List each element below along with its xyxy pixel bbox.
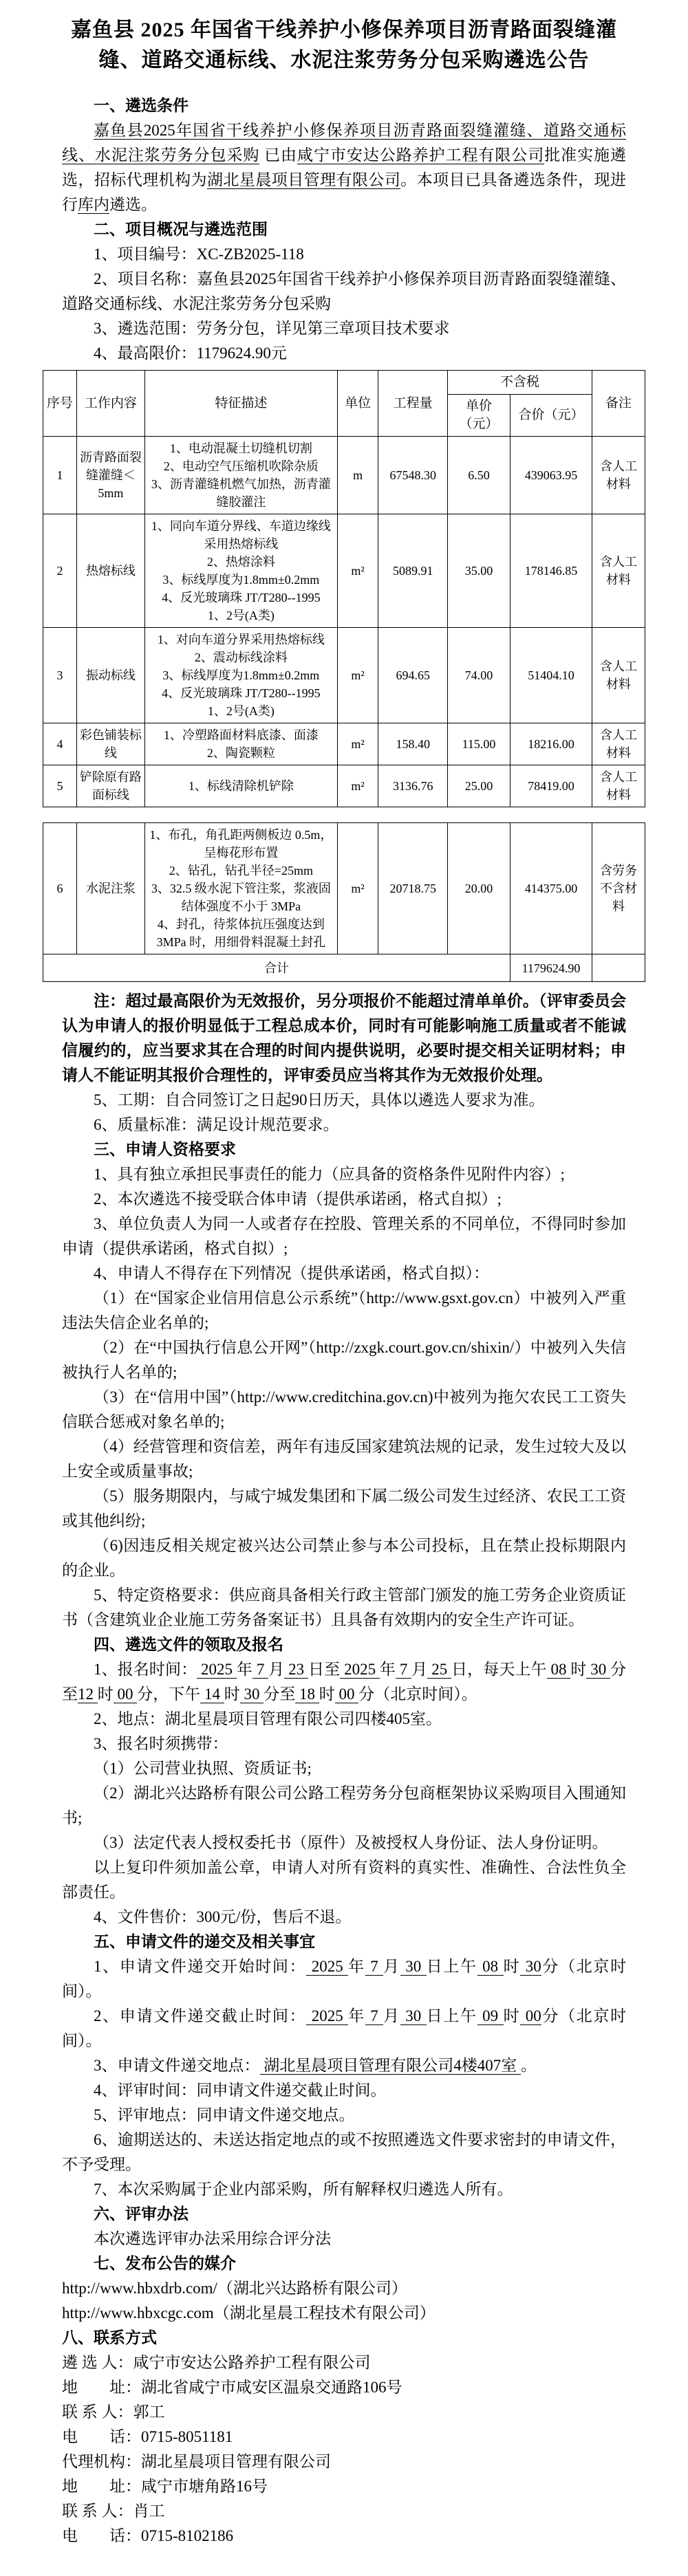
- qualification-item: 4、申请人不得存在下列情况（提供承诺函，格式自拟）：: [62, 1261, 626, 1286]
- cell-unit-price: 35.00: [448, 514, 510, 628]
- contact-line: 电 话：0715-8051181: [62, 2425, 626, 2449]
- price-table-part2: 6 水泥注浆 1、布孔，角孔距两侧板边 0.5m，呈梅花形布置2、钻孔，钻孔半径…: [43, 822, 645, 982]
- qualification-item: 1、具有独立承担民事责任的能力（应具备的资格条件见附件内容）;: [62, 1162, 626, 1187]
- contact-line: 地 址：湖北省咸宁市咸安区温泉交通路106号: [62, 2375, 626, 2400]
- project-name: 2、项目名称：嘉鱼县2025年国省干线养护小修保养项目沥青路面裂缝灌缝、道路交通…: [62, 267, 626, 316]
- contact-label: 电 话：: [62, 2527, 141, 2544]
- cell-work: 热熔标线: [77, 514, 145, 628]
- table-row: 3 振动标线 1、对向车道分界采用热熔标线2、震动标线涂料3、标线厚度为1.8m…: [43, 628, 645, 723]
- cell-work: 振动标线: [77, 628, 145, 723]
- cell-feature: 1、对向车道分界采用热熔标线2、震动标线涂料3、标线厚度为1.8mm±0.2mm…: [144, 628, 337, 723]
- contact-label: 联 系 人：: [62, 2403, 133, 2421]
- section-2-heading: 二、项目概况与遴选范围: [62, 217, 626, 242]
- contact-value: 湖北省咸宁市咸安区温泉交通路106号: [141, 2379, 402, 2396]
- cell-qty: 158.40: [378, 723, 448, 765]
- cell-qty: 694.65: [378, 628, 448, 723]
- cell-unit: m: [337, 437, 378, 514]
- header-qty: 工程量: [378, 371, 448, 437]
- cell-no: 3: [43, 628, 77, 723]
- copy-stamp-note: 以上复印件须加盖公章，申请人对所有资料的真实性、准确性、合法性负全部责任。: [62, 1855, 626, 1905]
- section-4-heading: 四、遴选文件的领取及报名: [62, 1633, 626, 1657]
- cell-no: 5: [43, 765, 77, 807]
- header-unit-price: 单价（元）: [448, 395, 510, 437]
- cell-feature: 1、冷塑路面材料底漆、面漆2、陶瓷颗粒: [144, 723, 337, 765]
- cell-no: 6: [43, 823, 77, 954]
- cell-unit: m²: [337, 514, 378, 628]
- document-body-2: 注：超过最高限价为无效报价，另分项报价不能超过清单单价。（评审委员会认为申请人的…: [43, 989, 645, 2548]
- contact-section: 八、联系方式 遴 选 人：咸宁市安达公路养护工程有限公司 地 址：湖北省咸宁市咸…: [62, 2326, 626, 2548]
- contact-value: 0715-8051181: [141, 2428, 233, 2445]
- contact-value: 郭工: [133, 2403, 165, 2421]
- cell-remark: 含人工材料: [592, 723, 645, 765]
- section-8-heading: 八、联系方式: [62, 2326, 626, 2350]
- cell-feature: 1、标线清除机铲除: [144, 765, 337, 807]
- header-remark: 备注: [592, 371, 645, 437]
- review-method: 本次遴选评审办法采用综合评分法: [62, 2227, 626, 2251]
- table-row: 4 彩色铺装标线 1、冷塑路面材料底漆、面漆2、陶瓷颗粒 m² 158.40 1…: [43, 723, 645, 765]
- contact-line: 联 系 人：郭工: [62, 2400, 626, 2425]
- qualification-item: 2、本次遴选不接受联合体申请（提供承诺函，格式自拟）;: [62, 1187, 626, 1212]
- cell-total-price: 439063.95: [510, 437, 592, 514]
- qualification-item: 3、单位负责人为同一人或者存在控股、管理关系的不同单位，不得同时参加申请（提供承…: [62, 1212, 626, 1261]
- cell-work: 彩色铺装标线: [77, 723, 145, 765]
- document-body: 一、遴选条件 嘉鱼县2025年国省干线养护小修保养项目沥青路面裂缝灌缝、道路交通…: [43, 94, 645, 366]
- header-work: 工作内容: [77, 371, 145, 437]
- table-row: 1 沥青路面裂缝灌缝＜5mm 1、电动混凝土切缝机切割2、电动空气压缩机吹除杂质…: [43, 437, 645, 514]
- signup-bring-item: 3、报名时须携带：: [62, 1732, 626, 1756]
- table-total-row: 合计 1179624.90: [43, 954, 645, 982]
- qualification-subitem: （4）经营管理和资信差，两年有违反国家建筑法规的记录，发生过较大及以上安全或质量…: [62, 1434, 626, 1484]
- cell-work: 沥青路面裂缝灌缝＜5mm: [77, 437, 145, 514]
- cell-unit: m²: [337, 823, 378, 954]
- section-3-heading: 三、申请人资格要求: [62, 1137, 626, 1162]
- section-1-paragraph: 嘉鱼县2025年国省干线养护小修保养项目沥青路面裂缝灌缝、道路交通标线、水泥注浆…: [62, 118, 626, 217]
- header-feature: 特征描述: [144, 371, 337, 437]
- total-label: 合计: [43, 954, 510, 982]
- cell-total-price: 414375.00: [510, 823, 592, 954]
- cell-total-price: 78419.00: [510, 765, 592, 807]
- cell-unit: m²: [337, 765, 378, 807]
- cell-total-price: 178146.85: [510, 514, 592, 628]
- table-row: 6 水泥注浆 1、布孔，角孔距两侧板边 0.5m，呈梅花形布置2、钻孔，钻孔半径…: [43, 823, 645, 954]
- late-delivery-item: 6、逾期送达的、未送达指定地点的或不按照遴选文件要求密封的申请文件，不予受理。: [62, 2128, 626, 2177]
- submit-start-item: 1、申请文件递交开始时间： 2025 年 7 月 30 日上午 08 时 30分…: [62, 1954, 626, 2004]
- contact-label: 电 话：: [62, 2428, 141, 2445]
- header-no: 序号: [43, 371, 77, 437]
- cell-remark: 含人工材料: [592, 628, 645, 723]
- section-5-heading: 五、申请文件的递交及相关事宜: [62, 1930, 626, 1954]
- cell-work: 水泥注浆: [77, 823, 145, 954]
- qualification-subitem: （2）在“中国执行信息公开网”（http://zxgk.court.gov.cn…: [62, 1335, 626, 1385]
- contact-value: 肖工: [133, 2502, 165, 2520]
- contact-label: 代理机构：: [62, 2453, 141, 2470]
- header-unit: 单位: [337, 371, 378, 437]
- total-remark-empty: [592, 954, 645, 982]
- signup-subitem: （3）法定代表人授权委托书（原件）及被授权人身份证、法人身份证明。: [62, 1831, 626, 1855]
- cell-work: 铲除原有路面标线: [77, 765, 145, 807]
- announcement-url: http://www.hbxdrb.com/（湖北兴达路桥有限公司）: [62, 2276, 626, 2301]
- qualification-item: 5、特定资格要求：供应商具备相关行政主管部门颁发的施工劳务企业资质证书（含建筑业…: [62, 1583, 626, 1633]
- contact-value: 湖北星晨项目管理有限公司: [141, 2453, 331, 2470]
- page-break-gap: [43, 807, 645, 818]
- section-6-heading: 六、评审办法: [62, 2202, 626, 2227]
- table-row: 2 热熔标线 1、同向车道分界线、车道边缘线采用热熔标线2、热熔涂料3、标线厚度…: [43, 514, 645, 628]
- qualification-subitem: （5）服务期限内，与咸宁城发集团和下属二级公司发生过经济、农民工工资或其他纠纷;: [62, 1484, 626, 1533]
- header-tax-free: 不含税: [448, 371, 592, 395]
- cell-no: 1: [43, 437, 77, 514]
- contact-line: 代理机构：湖北星晨项目管理有限公司: [62, 2449, 626, 2474]
- cell-remark: 含人工材料: [592, 765, 645, 807]
- cell-qty: 20718.75: [378, 823, 448, 954]
- cell-no: 4: [43, 723, 77, 765]
- cell-qty: 3136.76: [378, 765, 448, 807]
- max-price: 4、最高限价：1179624.90元: [62, 341, 626, 366]
- cell-unit-price: 6.50: [448, 437, 510, 514]
- cell-unit-price: 20.00: [448, 823, 510, 954]
- cell-feature: 1、布孔，角孔距两侧板边 0.5m，呈梅花形布置2、钻孔，钻孔半径=25mm3、…: [144, 823, 337, 954]
- price-table-part1: 序号 工作内容 特征描述 单位 工程量 不含税 备注 单价（元） 合价（元） 1…: [43, 370, 645, 807]
- project-number: 1、项目编号：XC-ZB2025-118: [62, 242, 626, 267]
- cell-feature: 1、同向车道分界线、车道边缘线采用热熔标线2、热熔涂料3、标线厚度为1.8mm±…: [144, 514, 337, 628]
- contact-line: 地 址：咸宁市塘角路16号: [62, 2474, 626, 2499]
- quality-item: 6、质量标准：满足设计规范要求。: [62, 1113, 626, 1137]
- qualification-subitem: （6)因违反相关规定被兴达公司禁止参与本公司投标，且在禁止投标期限内的企业。: [62, 1533, 626, 1583]
- contact-value: 0715-8102186: [141, 2527, 233, 2544]
- section-1-heading: 一、遴选条件: [62, 94, 626, 118]
- cell-qty: 5089.91: [378, 514, 448, 628]
- contact-line: 电 话：0715-8102186: [62, 2524, 626, 2548]
- signup-subitem: （1）公司营业执照、资质证书;: [62, 1756, 626, 1781]
- cell-remark: 含劳务不含材料: [592, 823, 645, 954]
- document-page: 嘉鱼县 2025 年国省干线养护小修保养项目沥青路面裂缝灌缝、道路交通标线、水泥…: [0, 0, 688, 2576]
- cell-qty: 67548.30: [378, 437, 448, 514]
- header-total-price: 合价（元）: [510, 395, 592, 437]
- contact-line: 联 系 人：肖工: [62, 2499, 626, 2524]
- cell-unit-price: 74.00: [448, 628, 510, 723]
- contact-label: 地 址：: [62, 2478, 141, 2495]
- contact-label: 地 址：: [62, 2379, 141, 2396]
- document-price-item: 4、文件售价：300元/份，售后不退。: [62, 1905, 626, 1930]
- internal-purchase-item: 7、本次采购属于企业内部采购，所有解释权归遴选人所有。: [62, 2177, 626, 2202]
- signup-place-item: 2、地点：湖北星晨项目管理有限公司四楼405室。: [62, 1707, 626, 1732]
- note-paragraph: 注：超过最高限价为无效报价，另分项报价不能超过清单单价。（评审委员会认为申请人的…: [62, 989, 626, 1088]
- contact-line: 遴 选 人：咸宁市安达公路养护工程有限公司: [62, 2350, 626, 2375]
- signup-time-item: 1、报名时间： 2025 年 7 月 23 日至 2025 年 7 月 25 日…: [62, 1657, 626, 1707]
- cell-unit-price: 115.00: [448, 723, 510, 765]
- cell-unit: m²: [337, 723, 378, 765]
- contact-value: 咸宁市安达公路养护工程有限公司: [133, 2354, 371, 2371]
- table-row: 5 铲除原有路面标线 1、标线清除机铲除 m² 3136.76 25.00 78…: [43, 765, 645, 807]
- cell-no: 2: [43, 514, 77, 628]
- selection-scope: 3、遴选范围：劳务分包，详见第三章项目技术要求: [62, 316, 626, 341]
- cell-feature: 1、电动混凝土切缝机切割2、电动空气压缩机吹除杂质3、沥青灌缝机燃气加热，沥青灌…: [144, 437, 337, 514]
- cell-remark: 含人工材料: [592, 437, 645, 514]
- section-7-heading: 七、发布公告的媒介: [62, 2251, 626, 2276]
- duration-item: 5、工期：自合同签订之日起90日历天，具体以遴选人要求为准。: [62, 1088, 626, 1113]
- cell-unit: m²: [337, 628, 378, 723]
- review-time-item: 4、评审时间：同申请文件递交截止时间。: [62, 2078, 626, 2103]
- cell-remark: 含人工材料: [592, 514, 645, 628]
- contact-value: 咸宁市塘角路16号: [141, 2478, 268, 2495]
- table-header-row-1: 序号 工作内容 特征描述 单位 工程量 不含税 备注: [43, 371, 645, 395]
- announcement-url: http://www.hbxcgc.com（湖北星晨工程技术有限公司）: [62, 2301, 626, 2326]
- cell-total-price: 18216.00: [510, 723, 592, 765]
- qualification-subitem: （3）在“信用中国”（http://www.creditchina.gov.cn…: [62, 1385, 626, 1434]
- submit-deadline-item: 2、申请文件递交截止时间： 2025 年 7 月 30 日上午 09 时 00分…: [62, 2004, 626, 2053]
- cell-unit-price: 25.00: [448, 765, 510, 807]
- qualification-subitem: （1）在“国家企业信用信息公示系统”（http://www.gsxt.gov.c…: [62, 1286, 626, 1335]
- review-place-item: 5、评审地点：同申请文件递交地点。: [62, 2103, 626, 2128]
- submit-place-item: 3、申请文件递交地点： 湖北星晨项目管理有限公司4楼407室 。: [62, 2053, 626, 2078]
- contact-label: 联 系 人：: [62, 2502, 133, 2520]
- total-value: 1179624.90: [510, 954, 592, 982]
- cell-total-price: 51404.10: [510, 628, 592, 723]
- page-title: 嘉鱼县 2025 年国省干线养护小修保养项目沥青路面裂缝灌缝、道路交通标线、水泥…: [43, 15, 645, 76]
- signup-subitem: （2）湖北兴达路桥有限公司公路工程劳务分包商框架协议采购项目入围通知书;: [62, 1781, 626, 1831]
- contact-label: 遴 选 人：: [62, 2354, 133, 2371]
